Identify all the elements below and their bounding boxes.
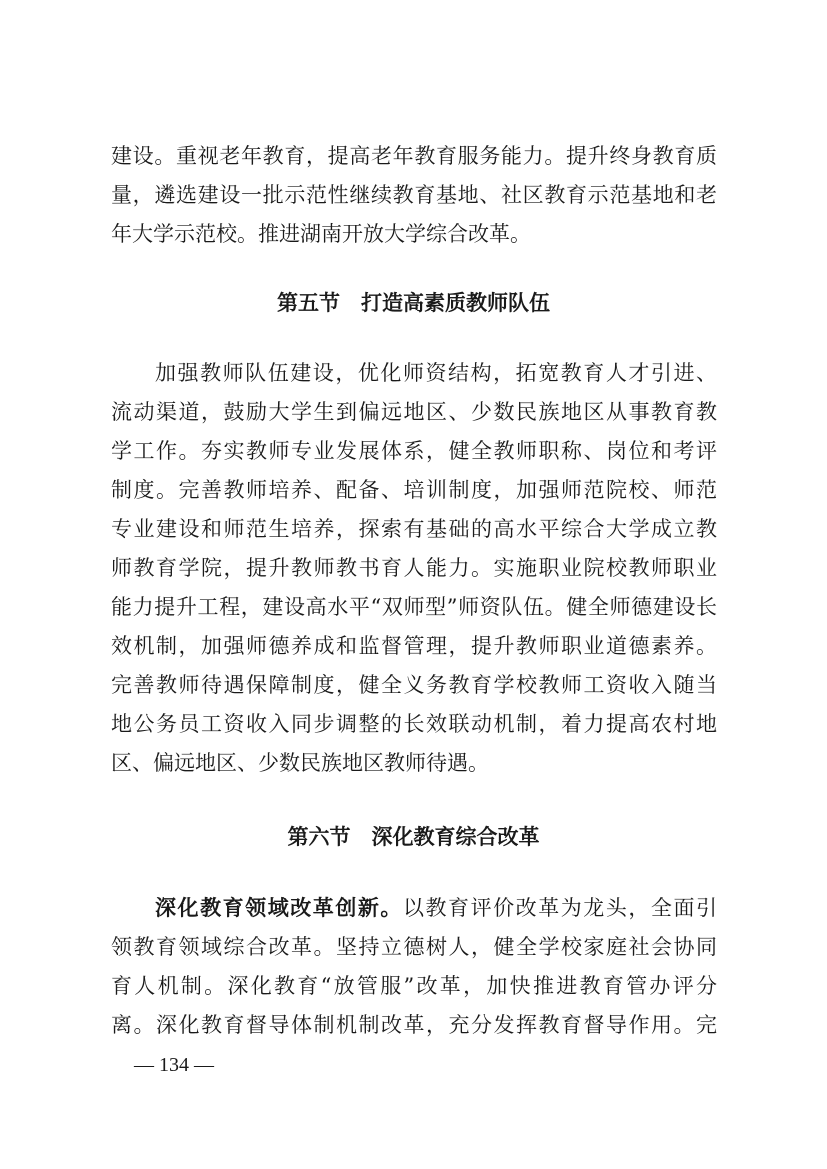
paragraph-line: 区、偏远地区、少数民族地区教师待遇。 bbox=[111, 748, 717, 778]
paragraph-line: 师教育学院，提升教师教书育人能力。实施职业院校教师职业 bbox=[111, 553, 717, 583]
paragraph-line: 效机制，加强师德养成和监督管理，提升教师职业道德素养。 bbox=[111, 631, 717, 661]
paragraph-line: 能力提升工程，建设高水平“双师型”师资队伍。健全师德建设长 bbox=[111, 592, 717, 622]
paragraph-line: 育人机制。深化教育“放管服”改革，加快推进教育管办评分 bbox=[111, 971, 717, 1001]
paragraph-line: 建设。重视老年教育，提高老年教育服务能力。提升终身教育质 bbox=[111, 141, 717, 171]
paragraph-line: 学工作。夯实教师专业发展体系，健全教师职称、岗位和考评 bbox=[111, 436, 717, 466]
paragraph-line: 领教育领域综合改革。坚持立德树人，健全学校家庭社会协同 bbox=[111, 932, 717, 962]
paragraph-line: 专业建设和师范生培养，探索有基础的高水平综合大学成立教 bbox=[111, 514, 717, 544]
page-number: — 134 — bbox=[134, 1053, 214, 1077]
paragraph-line: 完善教师待遇保障制度，健全义务教育学校教师工资收入随当 bbox=[111, 670, 717, 700]
paragraph-line: 流动渠道，鼓励大学生到偏远地区、少数民族地区从事教育教 bbox=[111, 397, 717, 427]
paragraph-line: 制度。完善教师培养、配备、培训制度，加强师范院校、师范 bbox=[111, 475, 717, 505]
paragraph-line: 量，遴选建设一批示范性继续教育基地、社区教育示范基地和老 bbox=[111, 180, 717, 210]
paragraph-line: 地公务员工资收入同步调整的长效联动机制，着力提高农村地 bbox=[111, 709, 717, 739]
paragraph-line: 加强教师队伍建设，优化师资结构，拓宽教育人才引进、 bbox=[155, 358, 717, 388]
section-heading-6: 第六节 深化教育综合改革 bbox=[0, 822, 827, 852]
bold-lead-phrase: 深化教育领域改革创新。 bbox=[155, 895, 403, 920]
paragraph-line: 离。深化教育督导体制机制改革，充分发挥教育督导作用。完 bbox=[111, 1010, 717, 1040]
document-page: 建设。重视老年教育，提高老年教育服务能力。提升终身教育质 量，遴选建设一批示范性… bbox=[0, 0, 827, 1169]
paragraph-line: 年大学示范校。推进湖南开放大学综合改革。 bbox=[111, 219, 717, 249]
paragraph-first-line: 深化教育领域改革创新。以教育评价改革为龙头，全面引 bbox=[155, 893, 717, 923]
section-heading-5: 第五节 打造高素质教师队伍 bbox=[0, 288, 827, 318]
paragraph-text: 以教育评价改革为龙头，全面引 bbox=[403, 896, 717, 920]
